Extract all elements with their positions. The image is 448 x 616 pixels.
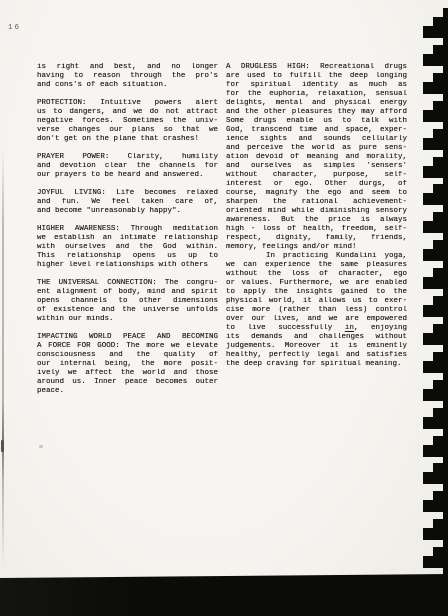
binding-tooth [423,436,448,457]
text-line: and become "unreasonably happy". [37,207,218,216]
text-line: ience sights and sounds cellularly [226,135,407,144]
binding-tooth-base [423,110,448,122]
text-line: or values. Furthermore, we are enabled [226,279,407,288]
text-line: without the loss of character, ego [226,270,407,279]
text-line: ent alignment of body, mind and spirit [37,288,218,297]
blank-line [37,90,218,99]
binding-tooth [423,491,448,512]
text-line: HIGHER AWARENESS: Through meditation [37,225,218,234]
binding-tooth-stem [433,408,448,417]
binding-tooth [423,157,448,178]
binding-tooth-stem [433,157,448,166]
text-line: verse changes our plans so that we [37,126,218,135]
binding-tooth-stem [433,73,448,82]
text-line: peace. [37,387,218,396]
text-line: PRAYER POWER: Clarity, humility [37,153,218,162]
text-line: God, transcend time and space, exper- [226,126,407,135]
binding-tooth-stem [433,324,448,333]
comb-binding [418,0,448,616]
binding-tooth-base [423,389,448,401]
text-line: and the other pleasures they may afford [226,108,407,117]
binding-tooth-base [423,249,448,261]
page-edge-shadow [2,148,4,568]
text-line: respect, dignity, family, friends, [226,234,407,243]
text-line: ation devoid of meaning and morality, [226,153,407,162]
text-line: healthy, perfectly legal and satisfies [226,351,407,360]
binding-tooth-base [423,417,448,429]
text-line: our prayers to be heard and answered. [37,171,218,180]
binding-tooth [423,352,448,373]
binding-tooth-base [423,26,448,38]
page-number: 16 [8,24,21,32]
binding-tooth [423,296,448,317]
text-line: and fun. We feel taken care of, [37,198,218,207]
text-line: having to reason through the pro's [37,72,218,81]
binding-tooth [423,463,448,484]
text-line: our internal being, the more posit- [37,360,218,369]
binding-tooth-base [423,305,448,317]
binding-tooth-stem [433,519,448,528]
text-line: for spiritual identity as much as [226,81,407,90]
text-line: without character, purpose, self- [226,171,407,180]
text-line: In practicing Kundalini yoga, [226,252,407,261]
text-line: around us. Inner peace becomes outer [37,378,218,387]
binding-tooth-stem [433,101,448,110]
text-line: and cons's of each situation. [37,81,218,90]
binding-tooth [423,380,448,401]
binding-tooth-base [423,333,448,345]
text-line: A FORCE FOR GOOD: The more we elevate [37,342,218,351]
scanner-bed-bottom-edge [0,574,448,616]
text-line: of existence and the universe unfolds [37,306,218,315]
binding-tooth-base [423,82,448,94]
text-line: opens channels to other dimensions [37,297,218,306]
binding-tooth-base [423,472,448,484]
text-line: oriented mind while diminishing sensory [226,207,407,216]
binding-tooth-base [423,500,448,512]
binding-tooth-base [423,54,448,66]
binding-tooth-stem [433,463,448,472]
text-line: This relationship opens us up to [37,252,218,261]
blank-line [37,144,218,153]
binding-tooth [423,17,448,38]
blank-line [37,180,218,189]
text-line: cise more (rather than less) control [226,306,407,315]
text-line: and ourselves as simples 'sensers' [226,162,407,171]
binding-tooth-base [423,445,448,457]
text-line: judgements. Moreover it is eminently [226,342,407,351]
text-line: within our minds. [37,315,218,324]
binding-tooth-stem [433,184,448,193]
binding-tooth-base [423,361,448,373]
text-line: IMPACTING WORLD PEACE AND BECOMING [37,333,218,342]
text-line: A DRUGLESS HIGH: Recreational drugs [226,63,407,72]
text-column-left: is right and best, and no longerhaving t… [37,63,218,396]
binding-tooth [423,324,448,345]
text-line: negative forces. Sometimes the univ- [37,117,218,126]
text-line: the deep craving for spiritual meaning. [226,360,407,369]
binding-tooth-stem [433,212,448,221]
text-line: JOYFUL LIVING: Life becomes relaxed [37,189,218,198]
binding-tooth-base [423,193,448,205]
text-line: PROTECTION: Intuitive powers alert [37,99,218,108]
binding-tooth [423,45,448,66]
text-line: don't get on the plane that crashes! [37,135,218,144]
blank-line [37,216,218,225]
binding-tooth-base [423,277,448,289]
binding-tooth-stem [433,547,448,556]
text-line: sharpen the rational achievement- [226,198,407,207]
text-line: over our lives, and we are empowered [226,315,407,324]
text-line: us to dangers, and we do not attract [37,108,218,117]
binding-tooth-stem [433,491,448,500]
blank-line [37,270,218,279]
underlined-word: in [345,324,354,332]
binding-tooth-stem [433,436,448,445]
binding-tooth [423,212,448,233]
text-line: delights, mental and physical energy [226,99,407,108]
binding-tooth-stem [433,240,448,249]
text-line: to apply the insights gained to the [226,288,407,297]
text-line: THE UNIVERSAL CONNECTION: The congru- [37,279,218,288]
text-line: its demands and challenges without [226,333,407,342]
binding-tooth [423,73,448,94]
binding-tooth-base [423,138,448,150]
binding-tooth [423,184,448,205]
text-line: for the euphoria, relaxation, sensual [226,90,407,99]
text-line: consciousness and the quality of [37,351,218,360]
text-line: high - loss of health, freedom, self- [226,225,407,234]
binding-tooth [423,519,448,540]
scan-artifact-tick [1,440,4,452]
text-line: with ourselves and the God within. [37,243,218,252]
text-line: and perceive the world as pure sens- [226,144,407,153]
binding-tooth [423,268,448,289]
binding-tooth-base [423,556,448,568]
binding-tooth-base [423,221,448,233]
binding-tooth [423,129,448,150]
text-line: memory, feelings and/or mind! [226,243,407,252]
binding-tooth-base [423,166,448,178]
text-line: course, magnify the ego and seem to [226,189,407,198]
binding-tooth-stem [433,380,448,389]
text-line: are used to fulfill the deep longing [226,72,407,81]
binding-tooth-stem [433,17,448,26]
scan-artifact-smudge [39,445,43,448]
text-line: interest or ego. Other durgs, of [226,180,407,189]
binding-tooth-stem [433,352,448,361]
binding-tooth [423,547,448,568]
text-line: and devotion clear the channels for [37,162,218,171]
binding-tooth [423,408,448,429]
text-line: to live successfully in, enjoying [226,324,407,333]
text-column-right: A DRUGLESS HIGH: Recreational drugsare u… [226,63,407,369]
text-line: we can experience the same pleasures [226,261,407,270]
binding-tooth-base [423,528,448,540]
text-line: physical world, it allows us to exer- [226,297,407,306]
binding-tooth [423,240,448,261]
binding-tooth-stem [433,296,448,305]
text-line: ively we affect the world and those [37,369,218,378]
binding-tooth-stem [433,45,448,54]
blank-line [37,324,218,333]
text-line: Some drugs enable us to talk with [226,117,407,126]
text-line: we establish an intimate relationship [37,234,218,243]
binding-tooth-stem [433,129,448,138]
text-line: is right and best, and no longer [37,63,218,72]
text-line: higher level relationships with others [37,261,218,270]
text-line: awareness. But the price is always [226,216,407,225]
binding-tooth [423,101,448,122]
binding-tooth-stem [433,268,448,277]
scanned-document-page: 16 is right and best, and no longerhavin… [0,0,448,616]
